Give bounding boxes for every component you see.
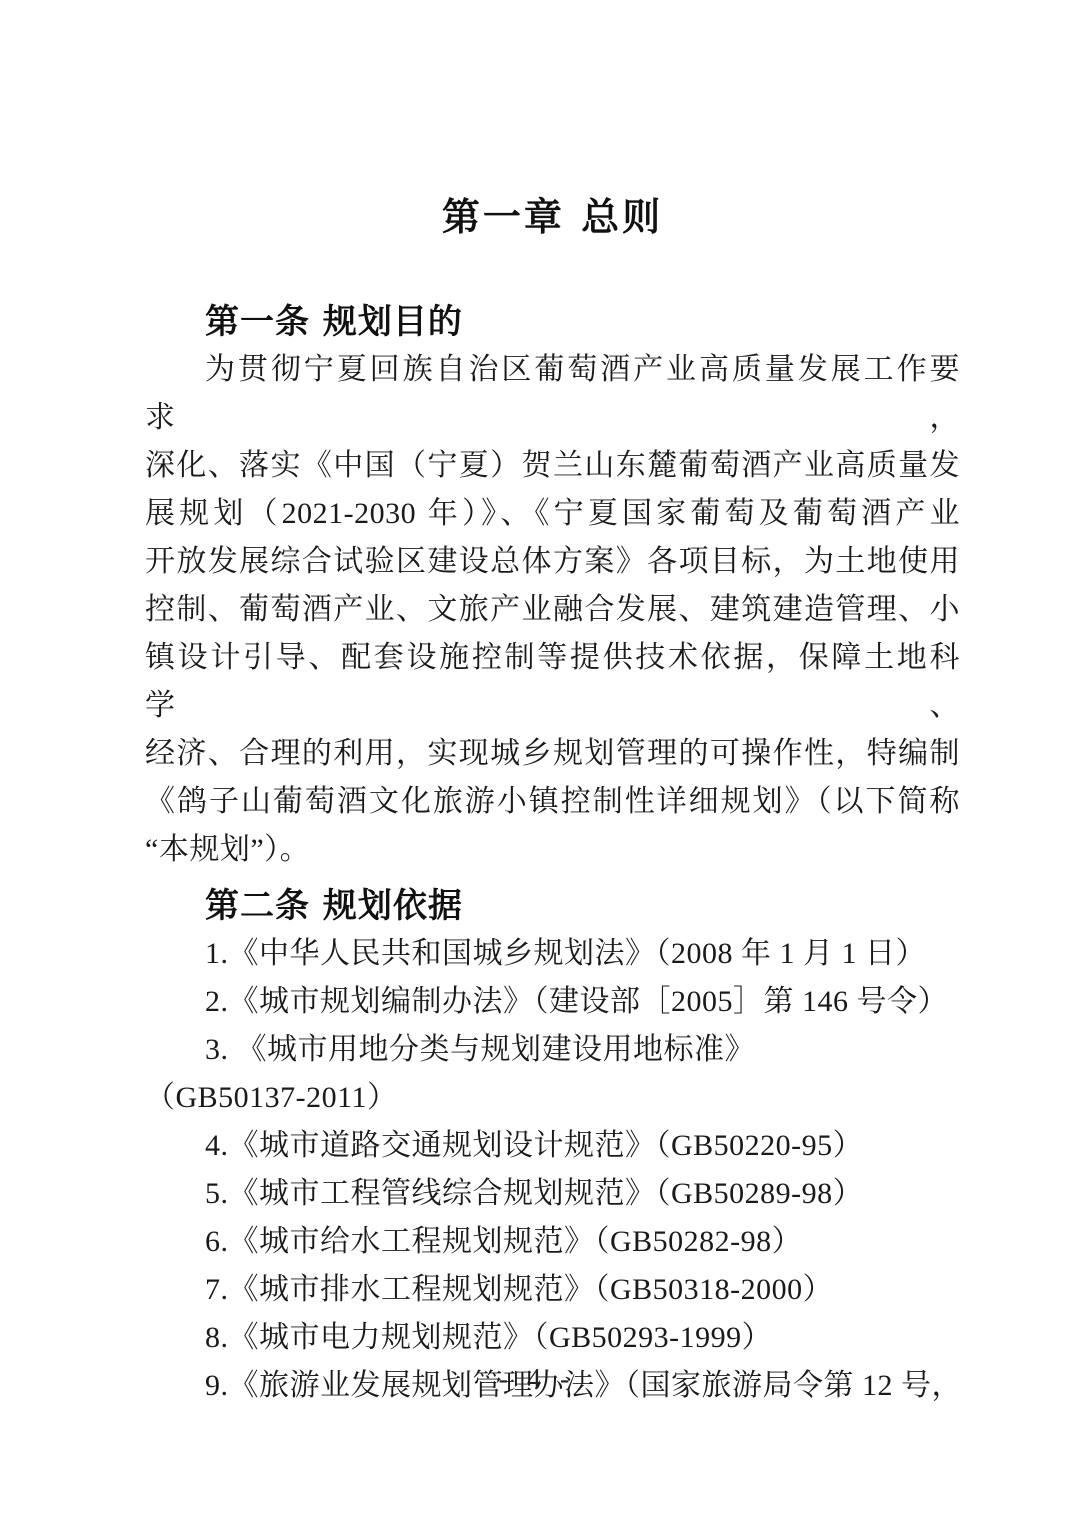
list-item: 5.《城市工程管线综合规划规范》（GB50289-98） [145, 1170, 960, 1218]
paragraph-line: 展规划（2021-2030 年）》、《宁夏国家葡萄及葡萄酒产业 [145, 490, 960, 538]
paragraph-line: 为贯彻宁夏回族自治区葡萄酒产业高质量发展工作要求， [145, 346, 960, 442]
list-item: 7.《城市排水工程规划规范》（GB50318-2000） [145, 1266, 960, 1314]
paragraph-line: 控制、葡萄酒产业、文旅产业融合发展、建筑建造管理、小 [145, 586, 960, 634]
paragraph-line: 开放发展综合试验区建设总体方案》各项目标，为土地使用 [145, 538, 960, 586]
list-item: 4.《城市道路交通规划设计规范》（GB50220-95） [145, 1122, 960, 1170]
list-item: 8.《城市电力规划规范》（GB50293-1999） [145, 1314, 960, 1362]
list-item: 1.《中华人民共和国城乡规划法》（2008 年 1 月 1 日） [145, 930, 960, 978]
article1-paragraph: 为贯彻宁夏回族自治区葡萄酒产业高质量发展工作要求， 深化、落实《中国（宁夏）贺兰… [145, 346, 960, 874]
document-page: 第一章 总则 第一条 规划目的 为贯彻宁夏回族自治区葡萄酒产业高质量发展工作要求… [0, 0, 1074, 1520]
list-item: 3. 《城市用地分类与规划建设用地标准》 [145, 1026, 960, 1074]
article2-reference-list: 1.《中华人民共和国城乡规划法》（2008 年 1 月 1 日） 2.《城市规划… [145, 930, 960, 1410]
paragraph-line: 镇设计引导、配套设施控制等提供技术依据，保障土地科学、 [145, 634, 960, 730]
article2-heading: 第二条 规划依据 [145, 882, 960, 930]
paragraph-line: “本规划”）。 [145, 826, 960, 874]
list-item-continuation: （GB50137-2011） [145, 1074, 960, 1122]
chapter-title: 第一章 总则 [145, 192, 960, 242]
paragraph-line: 经济、合理的利用，实现城乡规划管理的可操作性，特编制 [145, 730, 960, 778]
list-item: 6.《城市给水工程规划规范》（GB50282-98） [145, 1218, 960, 1266]
paragraph-line: 《鸽子山葡萄酒文化旅游小镇控制性详细规划》（以下简称 [145, 778, 960, 826]
list-item: 2.《城市规划编制办法》（建设部［2005］第 146 号令） [145, 978, 960, 1026]
paragraph-line: 深化、落实《中国（宁夏）贺兰山东麓葡萄酒产业高质量发 [145, 442, 960, 490]
page-number: - 4 - [0, 1362, 1074, 1398]
article1-heading: 第一条 规划目的 [145, 298, 960, 346]
